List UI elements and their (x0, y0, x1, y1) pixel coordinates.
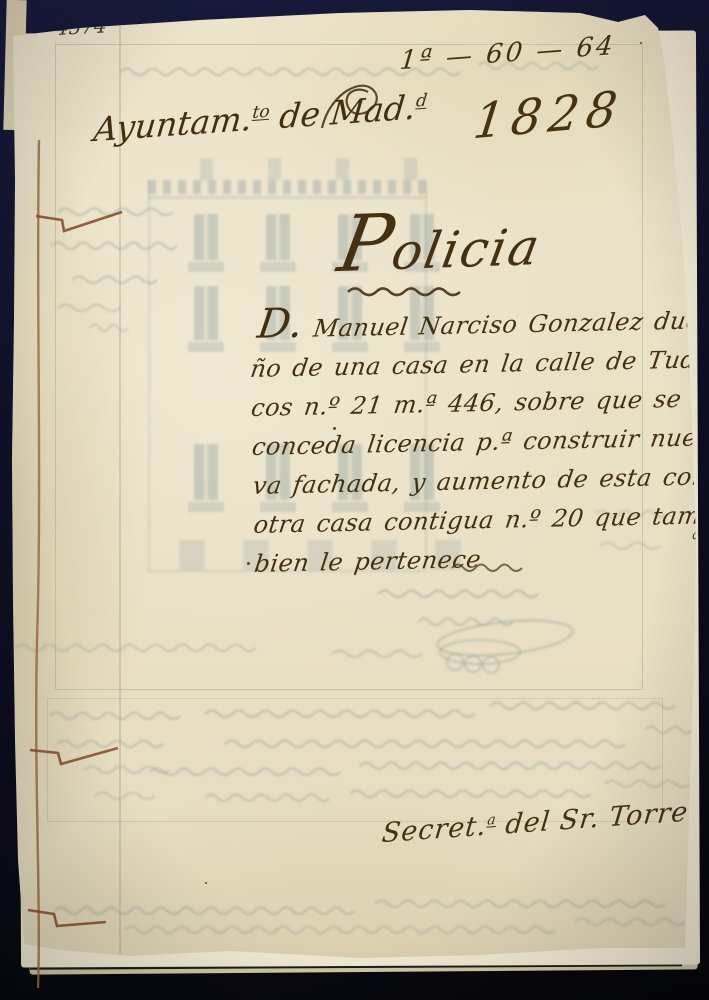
binding-stitch (36, 212, 122, 231)
binding-stitches (0, 0, 709, 1000)
photo-backdrop: 4574 1ª — 60 — 64 Ayuntam.to de Mad.d 18… (0, 0, 709, 1000)
binding-thread-vertical (36, 140, 39, 988)
binding-stitch (30, 748, 118, 764)
